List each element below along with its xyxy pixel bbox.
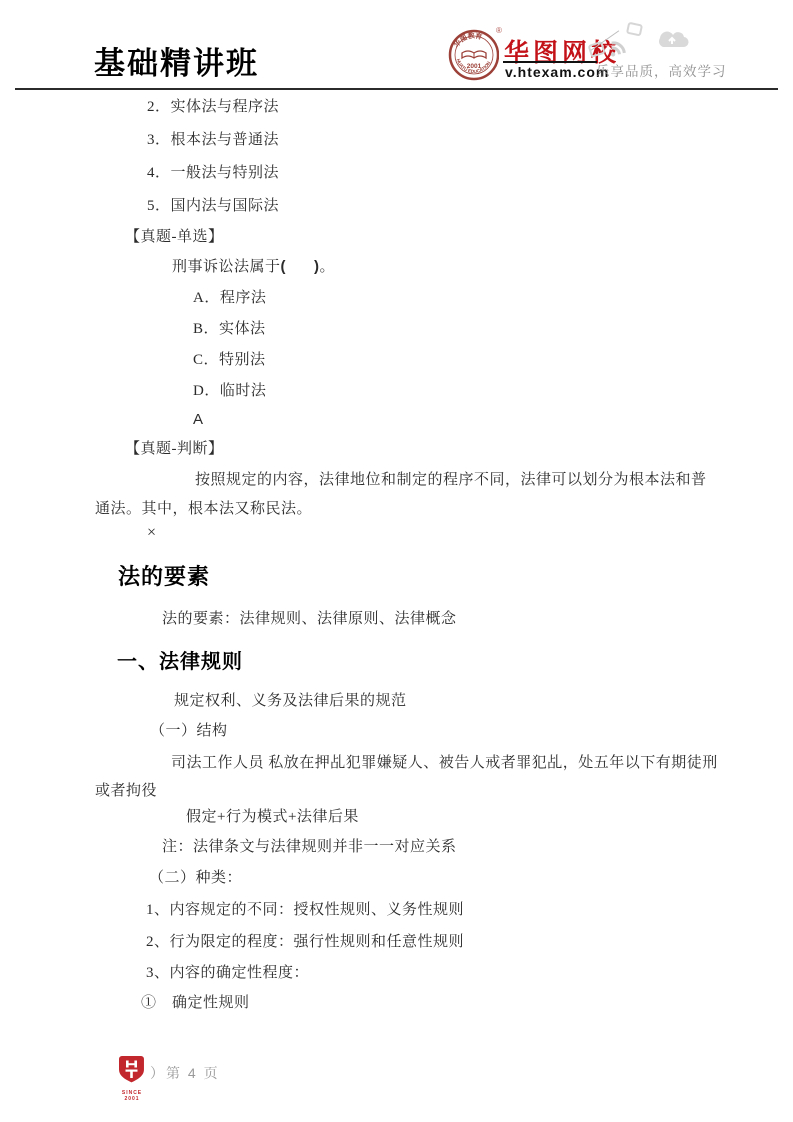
brand-underline xyxy=(503,61,597,63)
kind-item: 3、内容的确定性程度： xyxy=(146,964,309,982)
cloud-upload-icon xyxy=(659,32,689,47)
huatu-shield-icon xyxy=(119,1056,145,1084)
huatu-seal-icon: 华图教育 2001 HUATU EDUCATION xyxy=(447,27,499,86)
option-a: A．程序法 xyxy=(193,289,266,307)
registered-trademark: ® xyxy=(496,26,502,35)
classify-item: 4．一般法与特别法 xyxy=(147,164,279,182)
structure-example: 司法工作人员 私放在押乩犯罪嫌疑人、被告人戒者罪犯乩，处五年以下有期徒刑或者拘役 xyxy=(95,749,723,805)
question-tag-single: 【真题-单选】 xyxy=(125,228,224,246)
section-intro: 法的要素：法律规则、法律原则、法律概念 xyxy=(162,610,457,628)
message-icon xyxy=(627,23,642,35)
kind-sub-item: ① 确定性规则 xyxy=(141,994,250,1012)
judgement-paragraph: 按照规定的内容，法律地位和制定的程序不同，法律可以划分为根本法和普通法。其中，根… xyxy=(95,466,717,524)
page-number: ）第 4 页 xyxy=(150,1063,220,1083)
option-d: D．临时法 xyxy=(193,382,266,400)
footer-logo: SINCE 2001 xyxy=(117,1056,147,1102)
option-b: B．实体法 xyxy=(193,320,266,338)
stem-blank-parens: ( ) xyxy=(281,258,320,275)
structure-formula: 假定+行为模式+法律后果 xyxy=(186,808,359,826)
sub-title: 一、法律规则 xyxy=(117,645,243,674)
classify-item: 5．国内法与国际法 xyxy=(147,197,279,215)
kind-item: 1、内容规定的不同：授权性规则、义务性规则 xyxy=(146,901,464,919)
judgement-answer: × xyxy=(147,523,157,542)
page-title: 基础精讲班 xyxy=(94,38,259,83)
structure-note: 注：法律条文与法律规则并非一一对应关系 xyxy=(162,838,457,856)
brand-slogan: 乐享品质，高效学习 xyxy=(596,60,727,80)
header-rule xyxy=(15,88,778,90)
stem-text: 刑事诉讼法属于 xyxy=(172,259,281,275)
classify-item: 2．实体法与程序法 xyxy=(147,98,279,116)
kind-item: 2、行为限定的程度：强行性规则和任意性规则 xyxy=(146,933,464,951)
option-c: C．特别法 xyxy=(193,351,266,369)
structure-label: （一）结构 xyxy=(150,722,228,740)
rule-definition: 规定权利、义务及法律后果的规范 xyxy=(174,692,407,710)
document-page: 基础精讲班 华图教育 2001 HUATU EDUCATION ® 华图网校 v… xyxy=(0,0,793,1122)
classify-item: 3．根本法与普通法 xyxy=(147,131,279,149)
stem-period: 。 xyxy=(320,259,336,275)
question-stem: 刑事诉讼法属于( )。 xyxy=(172,258,335,276)
answer: A xyxy=(193,411,204,429)
wifi-icon xyxy=(605,40,626,61)
footer-since-label: SINCE 2001 xyxy=(117,1090,147,1102)
question-tag-judgement: 【真题-判断】 xyxy=(125,440,224,458)
kinds-label: （二）种类： xyxy=(149,869,242,887)
section-title: 法的要素 xyxy=(118,560,210,591)
